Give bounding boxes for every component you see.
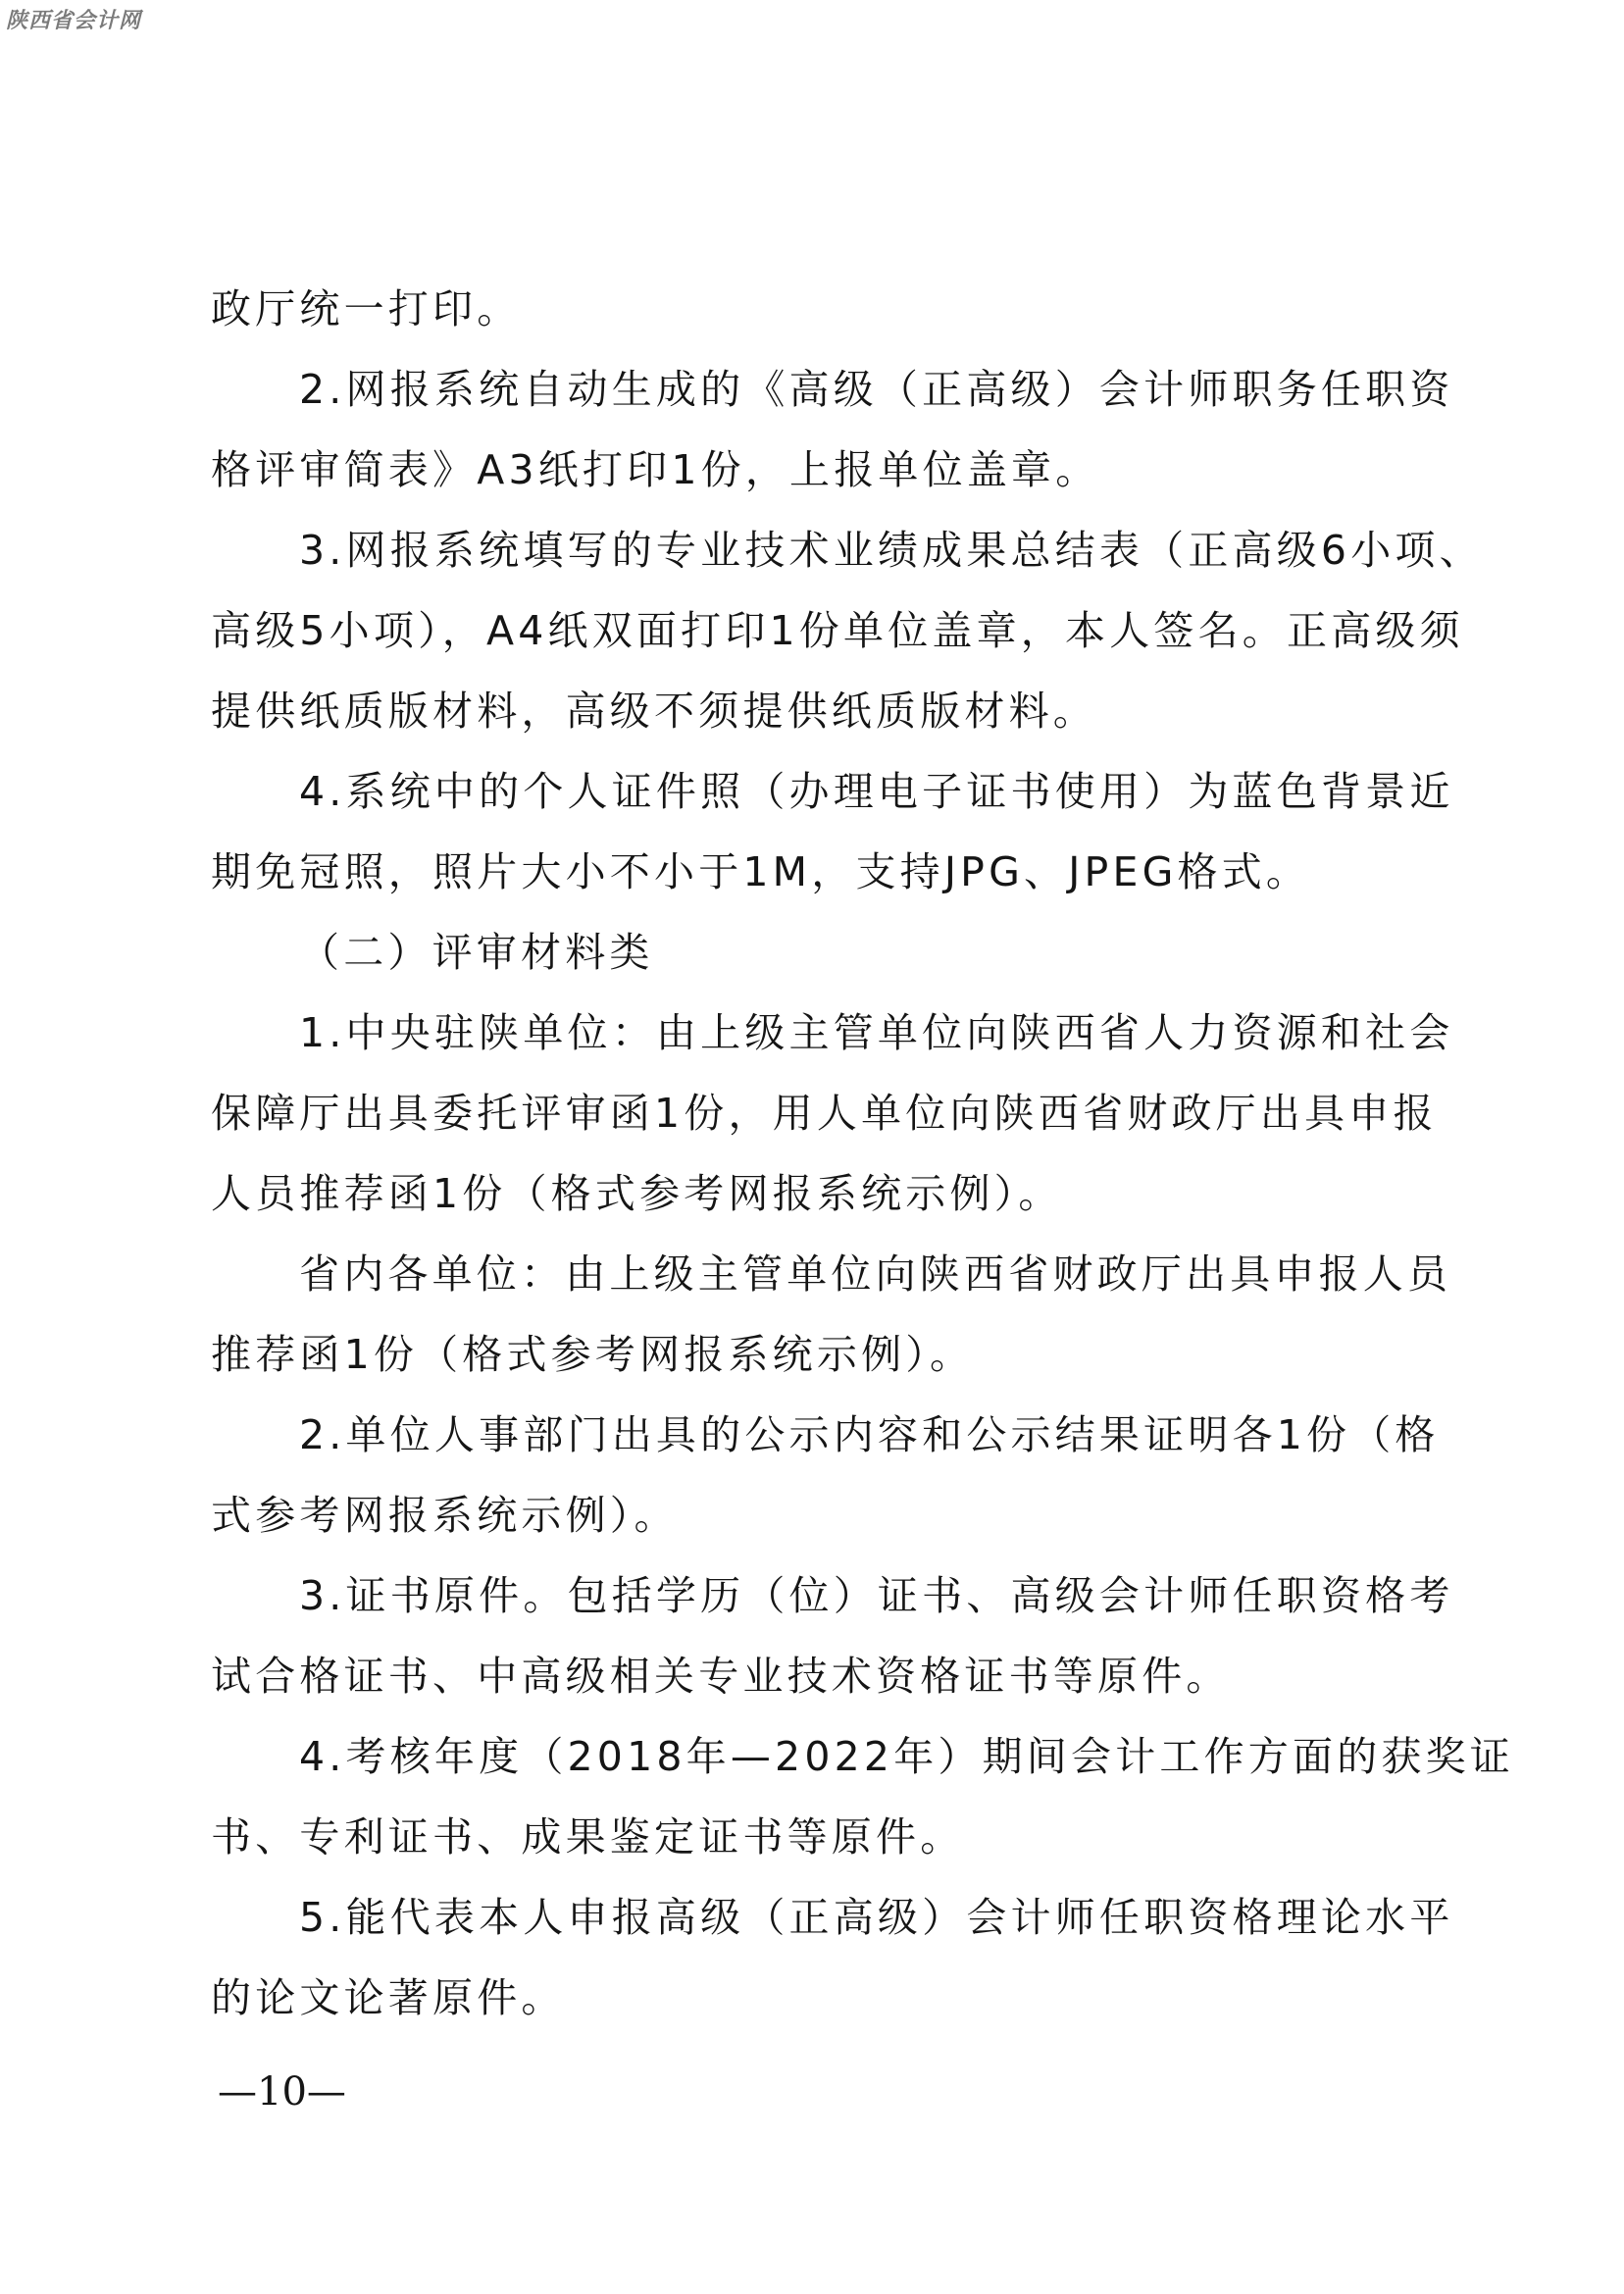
text-line: 格评审简表》A3纸打印1份，上报单位盖章。: [211, 445, 1099, 494]
text-line: 试合格证书、中高级相关专业技术资格证书等原件。: [211, 1652, 1231, 1701]
text-line: 1.中央驻陕单位：由上级主管单位向陕西省人力资源和社会: [299, 1008, 1454, 1057]
text-line: 4.系统中的个人证件照（办理电子证书使用）为蓝色背景近: [299, 767, 1454, 816]
text-line: 2.单位人事部门出具的公示内容和公示结果证明各1份（格: [299, 1410, 1440, 1459]
section-heading: （二）评审材料类: [299, 928, 654, 977]
text-line: 省内各单位：由上级主管单位向陕西省财政厅出具申报人员: [299, 1249, 1451, 1299]
text-line: 5.能代表本人申报高级（正高级）会计师任职资格理论水平: [299, 1893, 1454, 1942]
text-line: 提供纸质版材料，高级不须提供纸质版材料。: [211, 687, 1097, 736]
text-line: 式参考网报系统示例）。: [211, 1491, 679, 1540]
text-line: 高级5小项），A4纸双面打印1份单位盖章，本人签名。正高级须: [211, 606, 1464, 655]
text-line: 书、专利证书、成果鉴定证书等原件。: [211, 1812, 964, 1861]
text-line: 期免冠照，照片大小不小于1M，支持JPG、JPEG格式。: [211, 847, 1310, 896]
text-line: 政厅统一打印。: [211, 284, 521, 333]
document-page: 政厅统一打印。 2.网报系统自动生成的《高级（正高级）会计师职务任职资 格评审简…: [0, 0, 1624, 2294]
text-line: 2.网报系统自动生成的《高级（正高级）会计师职务任职资: [299, 365, 1454, 414]
text-line: 推荐函1份（格式参考网报系统示例）。: [211, 1330, 974, 1379]
text-line: 人员推荐函1份（格式参考网报系统示例）。: [211, 1169, 1063, 1218]
page-number: —10—: [218, 2069, 346, 2115]
text-line: 的论文论著原件。: [211, 1973, 566, 2022]
text-line: 保障厅出具委托评审函1份，用人单位向陕西省财政厅出具申报: [211, 1089, 1438, 1138]
text-line: 3.网报系统填写的专业技术业绩成果总结表（正高级6小项、: [299, 526, 1484, 575]
text-line: 4.考核年度（2018年—2022年）期间会计工作方面的获奖证: [299, 1732, 1514, 1781]
text-line: 3.证书原件。包括学历（位）证书、高级会计师任职资格考: [299, 1571, 1454, 1620]
